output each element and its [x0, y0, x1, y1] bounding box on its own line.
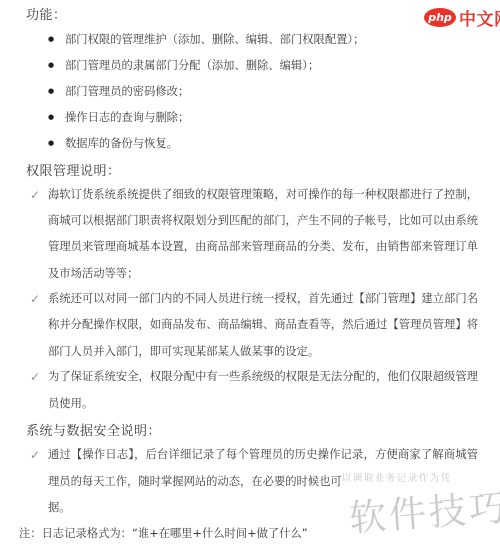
bullet-text: 数据库的备份与恢复。: [65, 135, 178, 151]
bullet-item: ● 部门管理员的隶属部门分配（添加、删除、编辑）；: [0, 52, 500, 78]
bullet-icon: ●: [48, 139, 65, 147]
bullet-icon: ●: [48, 35, 65, 43]
paragraph-line-visible: 理员的每天工作，随时掌握网站的动态，在必要的时候也可: [48, 475, 342, 488]
document-page: php 中文网 软件技巧 功能： ● 部门权限的管理维护（添加、删除、编辑、部门…: [0, 0, 500, 552]
paragraph-line-row: 商城可以根据部门职责将权限划分到匹配的部门，产生不同的子帐号，比如可以由系统: [0, 208, 500, 234]
bullet-item: ● 部门权限的管理维护（添加、删除、编辑、部门权限配置）；: [0, 26, 500, 52]
paragraph-line: 管理员来管理商城基本设置，由商品部来管理商品的分类、发布，由销售部来管理订单: [48, 239, 478, 255]
check-item: ✓ 通过【操作日志】，后台详细记录了每个管理员的历史操作记录，方便商家了解商城管: [0, 442, 500, 468]
section-title-text: 系统与数据安全说明：: [26, 420, 161, 439]
paragraph-line-row: 据。: [0, 494, 500, 520]
paragraph-line: 商城可以根据部门职责将权限划分到匹配的部门，产生不同的子帐号，比如可以由系统: [48, 213, 478, 229]
paragraph-line: 系统还可以对同一部门内的不同人员进行统一授权，首先通过【部门管理】建立部门名: [48, 291, 478, 307]
paragraph-line-row: 理员的每天工作，随时掌握网站的动态，在必要的时候也可以调取业务记录作为凭: [0, 468, 500, 494]
section-title-permissions: 权限管理说明：: [0, 156, 500, 182]
paragraph-line: 员使用。: [48, 395, 93, 411]
paragraph-line-obscured: 以调取业务记录作为凭: [342, 470, 452, 484]
paragraph-line: 理员的每天工作，随时掌握网站的动态，在必要的时候也可以调取业务记录作为凭: [48, 473, 452, 489]
paragraph-line: 海软订货系统系统提供了细致的权限管理策略，对可操作的每一种权限都进行了控制，: [48, 187, 478, 203]
paragraph-line: 据。: [48, 499, 71, 515]
bullet-text: 部门管理员的隶属部门分配（添加、删除、编辑）；: [65, 57, 319, 73]
bullet-icon: ●: [48, 61, 65, 69]
paragraph-line-row: 称并分配操作权限，如商品发布、商品编辑、商品查看等，然后通过【管理员管理】将: [0, 312, 500, 338]
paragraph-line: 通过【操作日志】，后台详细记录了每个管理员的历史操作记录，方便商家了解商城管: [48, 447, 478, 463]
php-cn-logo: php 中文网: [424, 8, 500, 27]
bullet-icon: ●: [48, 113, 65, 121]
check-item: ✓ 海软订货系统系统提供了细致的权限管理策略，对可操作的每一种权限都进行了控制，: [0, 182, 500, 208]
bullet-text: 部门管理员的密码修改；: [65, 83, 189, 99]
section-title-text: 权限管理说明：: [26, 160, 121, 179]
note-text: 注：日志记录格式为：“谁+在哪里+什么时间+做了什么”: [19, 525, 308, 541]
paragraph-line: 及市场活动等等；: [48, 265, 138, 281]
check-icon: ✓: [30, 448, 48, 462]
section-title-data-safety: 系统与数据安全说明：: [0, 416, 500, 442]
check-icon: ✓: [30, 188, 48, 202]
paragraph-line: 称并分配操作权限，如商品发布、商品编辑、商品查看等，然后通过【管理员管理】将: [48, 317, 478, 333]
php-badge-icon: php: [424, 8, 456, 27]
bullet-item: ● 操作日志的查询与删除；: [0, 104, 500, 130]
paragraph-line-row: 管理员来管理商城基本设置，由商品部来管理商品的分类、发布，由销售部来管理订单: [0, 234, 500, 260]
check-icon: ✓: [30, 292, 48, 306]
section-title-text: 功能：: [26, 4, 67, 23]
paragraph-line-row: 部门人员并入部门，即可实现某部某人做某事的设定。: [0, 338, 500, 364]
check-icon: ✓: [30, 370, 48, 384]
paragraph-line-row: 员使用。: [0, 390, 500, 416]
bullet-text: 部门权限的管理维护（添加、删除、编辑、部门权限配置）；: [65, 31, 364, 47]
document-body: 功能： ● 部门权限的管理维护（添加、删除、编辑、部门权限配置）； ● 部门管理…: [0, 0, 500, 546]
check-item: ✓ 系统还可以对同一部门内的不同人员进行统一授权，首先通过【部门管理】建立部门名: [0, 286, 500, 312]
paragraph-line: 为了保证系统安全，权限分配中有一些系统级的权限是无法分配的，他们仅限超级管理: [48, 369, 478, 385]
logo-site-name: 中文网: [459, 5, 500, 30]
check-item: ✓ 为了保证系统安全，权限分配中有一些系统级的权限是无法分配的，他们仅限超级管理: [0, 364, 500, 390]
paragraph-line: 部门人员并入部门，即可实现某部某人做某事的设定。: [48, 343, 319, 359]
bullet-item: ● 部门管理员的密码修改；: [0, 78, 500, 104]
note-line: 注：日志记录格式为：“谁+在哪里+什么时间+做了什么”: [0, 520, 500, 546]
bullet-text: 操作日志的查询与删除；: [65, 109, 189, 125]
bullet-item: ● 数据库的备份与恢复。: [0, 130, 500, 156]
bullet-icon: ●: [48, 87, 65, 95]
paragraph-line-row: 及市场活动等等；: [0, 260, 500, 286]
